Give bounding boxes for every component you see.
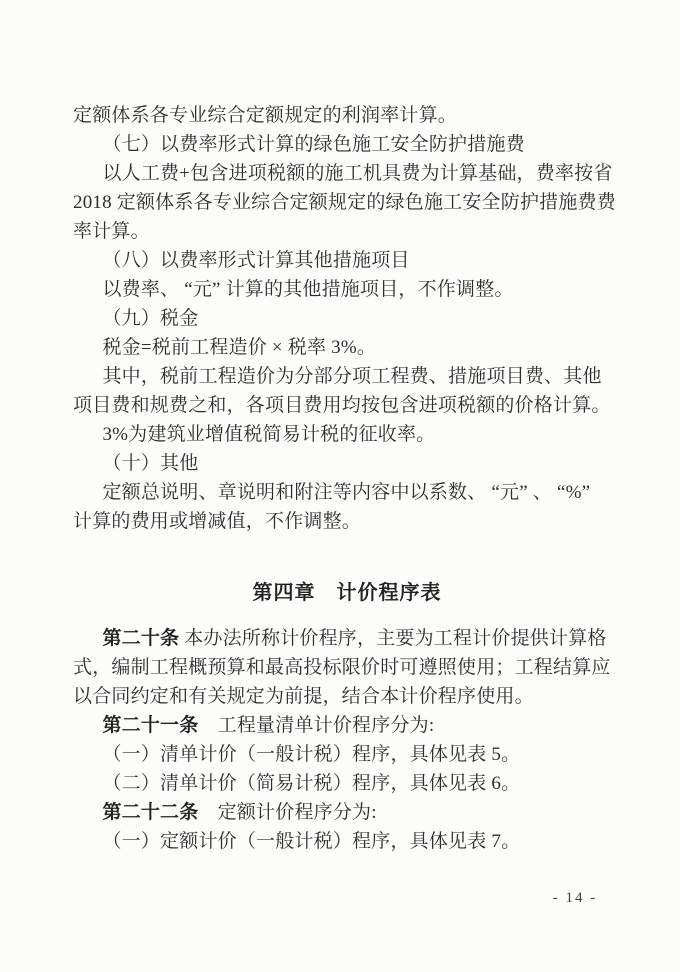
text-line: （一）定额计价（一般计税）程序，具体见表 7。 [73, 827, 621, 856]
document-page: 定额体系各专业综合定额规定的利润率计算。（七）以费率形式计算的绿色施工安全防护措… [0, 0, 680, 972]
text-line: （九）税金 [73, 304, 621, 333]
text-line: 式，编制工程概预算和最高投标限价时可遵照使用；工程结算应 [73, 653, 621, 682]
text-line: 第二十条 本办法所称计价程序，主要为工程计价提供计算格 [73, 624, 621, 653]
line-text: （十）其他 [102, 453, 198, 474]
line-text: 以合同约定和有关规定为前提，结合本计价程序使用。 [73, 686, 534, 707]
line-text: （一）定额计价（一般计税）程序，具体见表 7。 [102, 831, 520, 852]
article-number: 第二十条 [102, 628, 179, 649]
text-line: 定额体系各专业综合定额规定的利润率计算。 [73, 101, 621, 130]
text-line: 项目费和规费之和，各项目费用均按包含进项税额的价格计算。 [73, 391, 621, 420]
line-text: 工程量清单计价程序分为: [198, 715, 434, 736]
text-line: （七）以费率形式计算的绿色施工安全防护措施费 [73, 130, 621, 159]
chapter-heading: 第四章 计价程序表 [73, 578, 621, 608]
line-text: 计算的费用或增减值，不作调整。 [73, 511, 361, 532]
line-text: （七）以费率形式计算的绿色施工安全防护措施费 [102, 134, 524, 155]
line-text: 率计算。 [73, 221, 150, 242]
text-line: 2018 定额体系各专业综合定额规定的绿色施工安全防护措施费费 [73, 188, 621, 217]
line-text: 2018 定额体系各专业综合定额规定的绿色施工安全防护措施费费 [73, 192, 616, 213]
text-line: 第二十一条 工程量清单计价程序分为: [73, 711, 621, 740]
text-line: 以合同约定和有关规定为前提，结合本计价程序使用。 [73, 682, 621, 711]
text-line: （二）清单计价（简易计税）程序，具体见表 6。 [73, 769, 621, 798]
line-text: （九）税金 [102, 308, 198, 329]
line-text: 以费率、 “元” 计算的其他措施项目，不作调整。 [102, 279, 513, 300]
text-line: 以费率、 “元” 计算的其他措施项目，不作调整。 [73, 275, 621, 304]
line-text: 项目费和规费之和，各项目费用均按包含进项税额的价格计算。 [73, 395, 611, 416]
article-number: 第二十一条 [102, 715, 198, 736]
text-line: （一）清单计价（一般计税）程序，具体见表 5。 [73, 740, 621, 769]
text-line: 计算的费用或增减值，不作调整。 [73, 507, 621, 536]
text-line: 其中，税前工程造价为分部分项工程费、措施项目费、其他 [73, 362, 621, 391]
text-line: 定额总说明、章说明和附注等内容中以系数、 “元” 、 “%” [73, 478, 621, 507]
line-text: 以人工费+包含进项税额的施工机具费为计算基础，费率按省 [102, 163, 612, 184]
line-text: 定额计价程序分为: [198, 802, 376, 823]
line-text: （一）清单计价（一般计税）程序，具体见表 5。 [102, 744, 520, 765]
line-text: 本办法所称计价程序，主要为工程计价提供计算格 [179, 628, 606, 649]
text-line: 3%为建筑业增值税简易计税的征收率。 [73, 420, 621, 449]
line-text: 税金=税前工程造价 × 税率 3%。 [102, 337, 376, 358]
article-number: 第二十二条 [102, 802, 198, 823]
line-text: 定额总说明、章说明和附注等内容中以系数、 “元” 、 “%” [102, 482, 590, 503]
text-line: （八）以费率形式计算其他措施项目 [73, 246, 621, 275]
page-number: - 14 - [540, 890, 610, 907]
text-block: 定额体系各专业综合定额规定的利润率计算。（七）以费率形式计算的绿色施工安全防护措… [73, 101, 621, 856]
text-line: 税金=税前工程造价 × 税率 3%。 [73, 333, 621, 362]
text-line: 第二十二条 定额计价程序分为: [73, 798, 621, 827]
text-line: 以人工费+包含进项税额的施工机具费为计算基础，费率按省 [73, 159, 621, 188]
line-text: 式，编制工程概预算和最高投标限价时可遵照使用；工程结算应 [73, 657, 611, 678]
line-text: （八）以费率形式计算其他措施项目 [102, 250, 409, 271]
line-text: 定额体系各专业综合定额规定的利润率计算。 [73, 105, 457, 126]
line-text: 其中，税前工程造价为分部分项工程费、措施项目费、其他 [102, 366, 601, 387]
text-line: （十）其他 [73, 449, 621, 478]
line-text: （二）清单计价（简易计税）程序，具体见表 6。 [102, 773, 520, 794]
text-line: 率计算。 [73, 217, 621, 246]
line-text: 3%为建筑业增值税简易计税的征收率。 [102, 424, 435, 445]
